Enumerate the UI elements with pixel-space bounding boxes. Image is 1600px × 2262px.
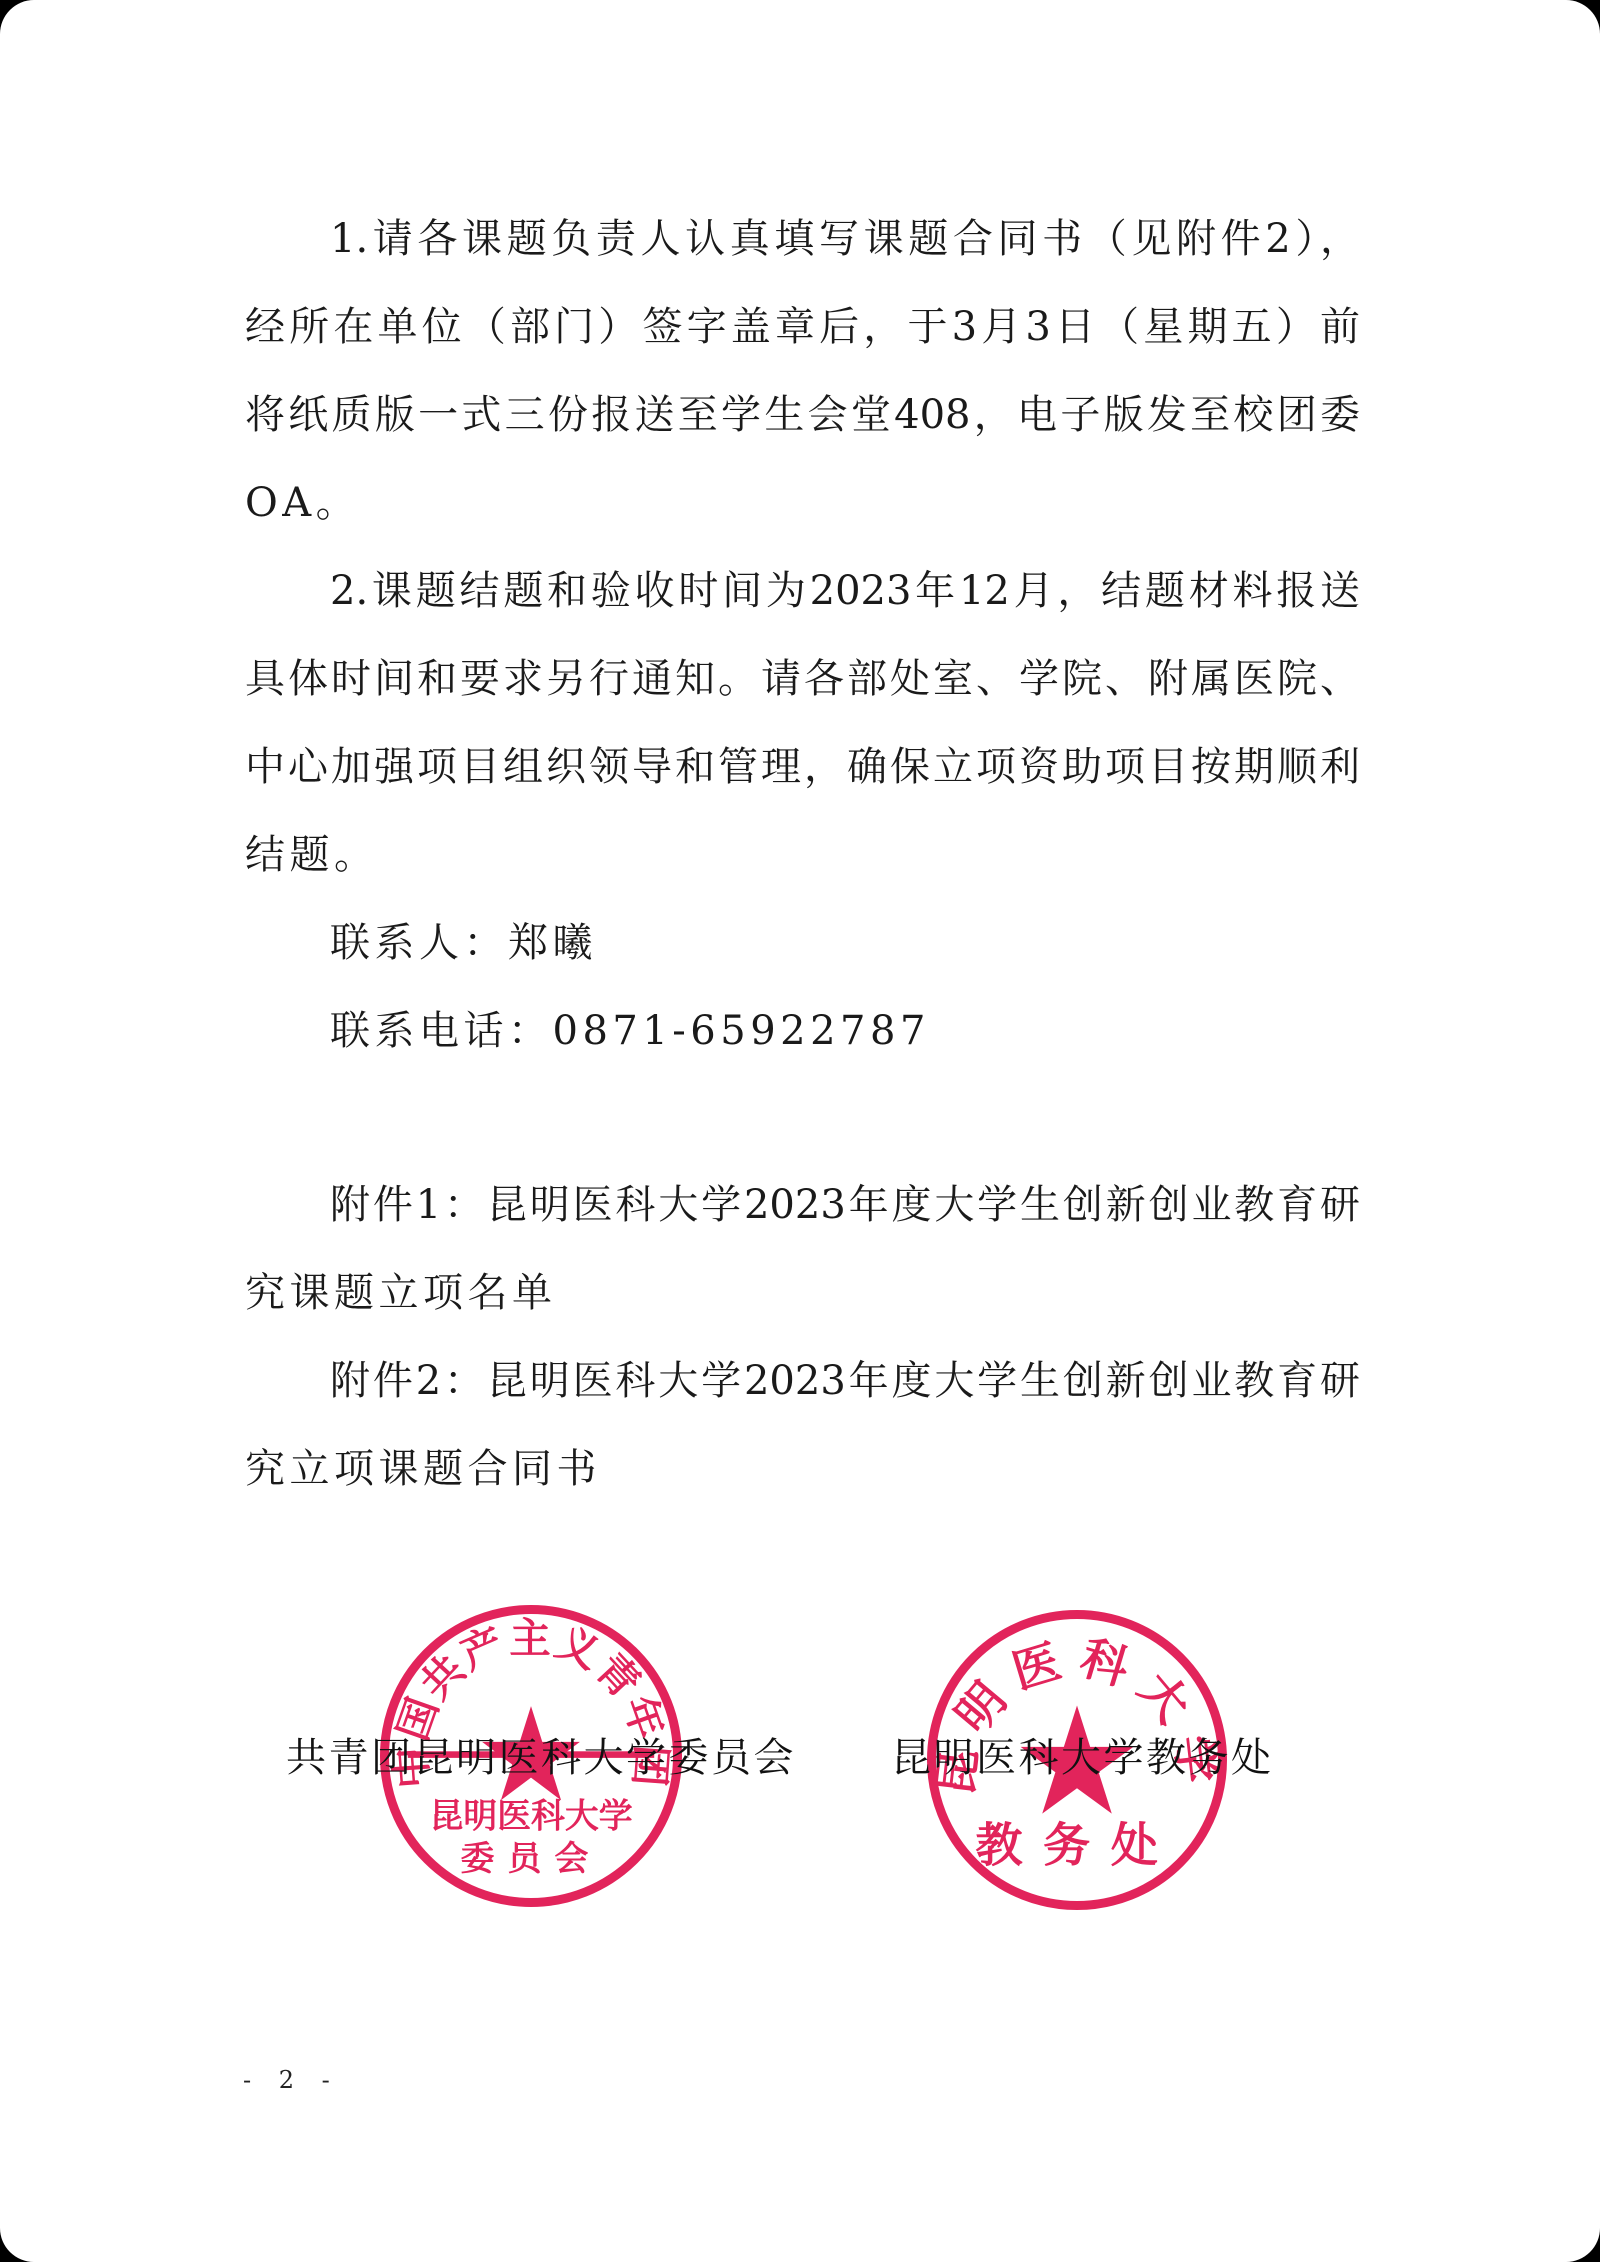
attachment-1-line-2: 究课题立项名单 (245, 1268, 1360, 1318)
contact-person: 联系人：郑曦 (330, 918, 1360, 968)
paragraph-1-line-4: OA。 (245, 478, 1360, 528)
seal-line-1: 昆明医科大学 (429, 1796, 632, 1835)
signature-youth-league: 共青团昆明医科大学委员会 (286, 1733, 796, 1783)
paragraph-2-line-4: 结题。 (245, 830, 1360, 880)
paragraph-2-line-3: 中心加强项目组织领导和管理，确保立项资助项目按期顺利 (245, 742, 1360, 792)
signature-academic-affairs: 昆明医科大学教务处 (891, 1733, 1274, 1783)
paragraph-1-line-3: 将纸质版一式三份报送至学生会堂408，电子版发至校团委 (245, 390, 1360, 440)
paragraph-2-line-1: 2.课题结题和验收时间为2023年12月，结题材料报送 (330, 566, 1360, 616)
seal-line-2: 委员会 (460, 1839, 601, 1878)
attachment-1-line-1: 附件1：昆明医科大学2023年度大学生创新创业教育研 (330, 1180, 1360, 1230)
attachment-2-line-2: 究立项课题合同书 (245, 1444, 1360, 1494)
paragraph-1-line-2: 经所在单位（部门）签字盖章后，于3月3日（星期五）前 (245, 302, 1360, 352)
page-number: - 2 - (243, 2066, 340, 2094)
contact-phone: 联系电话：0871-65922787 (330, 1006, 1360, 1056)
seal-line-1: 教务处 (975, 1819, 1178, 1874)
paragraph-2-line-2: 具体时间和要求另行通知。请各部处室、学院、附属医院、 (245, 654, 1360, 704)
paragraph-1-line-1: 1.请各课题负责人认真填写课题合同书（见附件2）， (330, 214, 1360, 264)
document-page: 1.请各课题负责人认真填写课题合同书（见附件2）， 经所在单位（部门）签字盖章后… (0, 0, 1600, 2262)
attachment-2-line-1: 附件2：昆明医科大学2023年度大学生创新创业教育研 (330, 1356, 1360, 1406)
